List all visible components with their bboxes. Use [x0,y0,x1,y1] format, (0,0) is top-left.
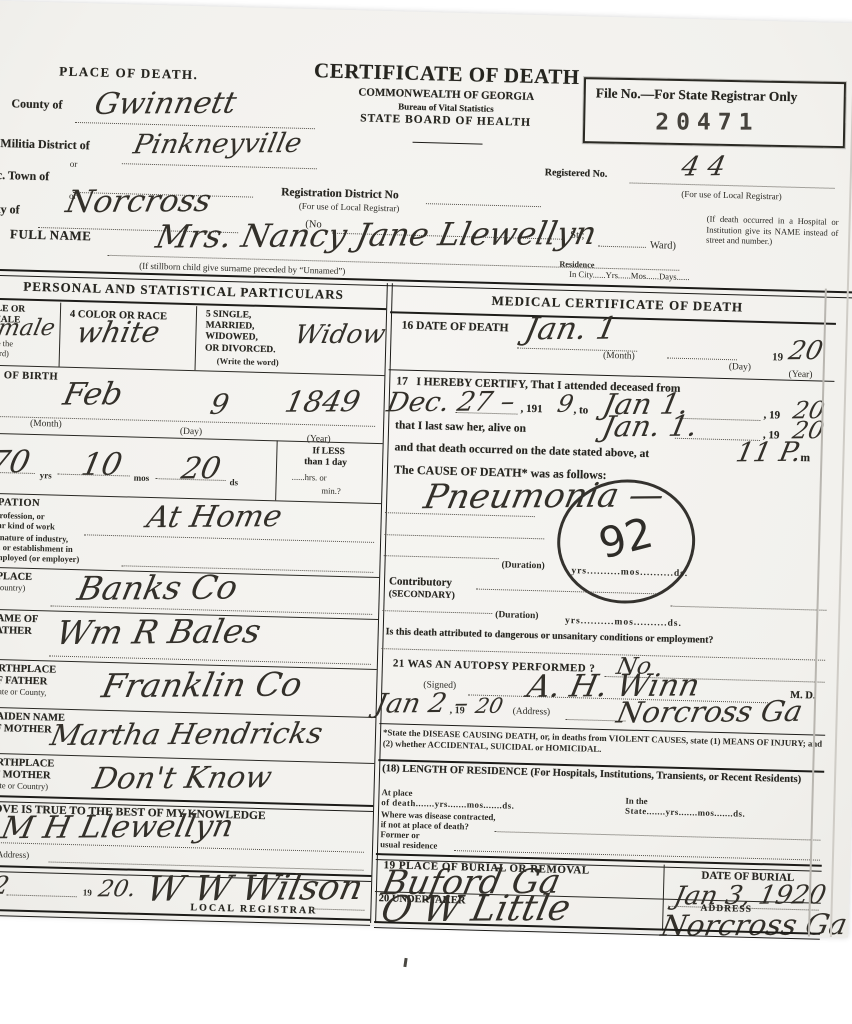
sex-value: Female [0,317,57,341]
dod-day-caption: (Day) [729,362,751,373]
dob-day-value: 9 [208,391,232,419]
mbp-label-line2: OF MOTHER [0,768,51,781]
circled-92-stamp: 92 [553,474,700,608]
city-label: City of [0,203,20,217]
last-saw-printed: that I last saw her, alive on [395,419,526,435]
dob-year-value: 1849 [282,387,362,416]
dotted-line [382,609,492,614]
mbp-label-line1: 13 BIRTHPLACE [0,756,54,769]
dotted-line [49,654,371,664]
mother-birthplace-label: 13 BIRTHPLACEOF MOTHER [0,756,54,782]
militia-district-label: Militia District of [0,137,90,153]
place-of-death-label: PLACE OF DEATH. [59,65,198,83]
marital-line4: OR DIVORCED. [205,343,276,355]
cell-border [59,303,62,367]
secondary-label: (SECONDARY) [389,589,455,601]
dotted-line [670,605,826,611]
birthplace-value: Banks Co [75,571,241,605]
dob-month-value: Feb [60,379,125,410]
registered-no-value: 4 4 [679,153,728,180]
dotted-line [384,554,499,559]
marital-line2: MARRIED, [206,321,255,332]
mother-maiden-value: Martha Hendricks [48,719,325,750]
mother-birthplace-value: Don't Know [90,763,274,794]
ds-label: ds [229,477,238,488]
mos-label: mos [134,473,150,484]
if-less-label: If LESS [312,446,345,457]
fbp-label-line1: 11 BIRTHPLACE [0,662,56,675]
ward-label: Ward) [650,240,676,253]
dotted-line [426,202,541,207]
duration1-label: (Duration) [501,560,545,572]
dotted-line [7,893,77,897]
fbp-label-line2: OF FATHER [0,674,47,687]
former-line2: usual residence [380,839,438,851]
occupation-value: At Home [144,502,284,533]
certificate-paper: PLACE OF DEATH. County of Gwinnett Milit… [0,1,852,938]
if-less-min: min.? [321,487,341,497]
sign-date-printed: , 19 [450,705,465,717]
death-occurred-printed: and that death occurred on the date stat… [394,441,649,461]
dotted-line [312,907,364,910]
marital-value: Widow [293,322,388,349]
sex-note-line2: word) [0,348,9,358]
to-year-printed: , 19 [763,409,780,422]
county-value: Gwinnett [92,89,239,120]
dotted-line [495,830,821,841]
occupation-b-line3: which employed (or employer) [0,552,79,565]
dotted-line [630,181,835,188]
death-hour-m: m [800,452,810,465]
dotted-line [84,533,374,543]
if-less-label2: than 1 day [304,457,347,469]
registration-district-note: (For use of Local Registrar) [299,201,400,214]
mmn-label-line2: OF MOTHER [0,722,52,735]
birthplace-note: (State or Country) [0,582,25,594]
divider [413,142,483,145]
dotted-line [122,162,317,169]
if-less-hrs: ......hrs. or [292,473,327,484]
sign-date-year: 20 [474,696,505,717]
informant-address-label: (Address) [0,849,29,860]
file-number-box: File No.—For State Registrar Only 20471 [583,77,846,148]
from-year-written: 9 [555,392,575,416]
scan-speck [403,958,407,967]
in-the-line1: In the [625,796,648,807]
militia-district-value: Pinkneyville [131,130,304,158]
date-of-death-label: 16 DATE OF DEATH [402,320,509,336]
residence-line: In City......Yrs......Mos......Days.....… [569,270,690,283]
day-caption: (Day) [180,427,202,438]
father-birthplace-label: 11 BIRTHPLACEOF FATHER [0,662,56,688]
father-name-label: 10 NAME OFFATHER [0,613,38,638]
father-name-value: Wm R Bales [54,615,264,650]
yrs-label: yrs [40,470,52,481]
marital-note: (Write the word) [217,357,279,368]
to-word: , to [573,404,588,417]
informant-signature: M H Llewellyn [0,811,236,844]
dod-year-printed: 19 [772,351,783,364]
registered-no-label: Registered No. [545,167,608,180]
paper-edge-line [830,23,852,937]
county-label: County of [11,97,62,112]
local-registrar-signature: W W Wilson [144,871,366,908]
registered-no-note: (For use of Local Registrar) [681,189,782,202]
death-hour-value: 11 P. [734,439,804,466]
cell-border [195,306,198,370]
dotted-line [598,245,646,248]
dod-year-written: 20 [786,338,825,364]
marital-label: 5 SINGLE,MARRIED,WIDOWED,OR DIVORCED. [205,309,277,356]
father-birthplace-note: (State or County, [0,687,47,698]
or-word: or [70,159,78,170]
mother-birthplace-note: (State or Country) [0,781,48,793]
full-name-label: FULL NAME [10,227,92,244]
father-birthplace-value: Franklin Co [99,668,305,703]
father-label-line1: 10 NAME OF [0,613,38,626]
in-the-line2: State.......yrs.......mos.......ds. [625,806,745,819]
marital-line3: WIDOWED, [205,332,258,343]
father-label-line2: FATHER [0,624,32,636]
dob-label: DATE OF BIRTH [0,369,58,383]
cell-border [275,440,278,500]
duration2-label: (Duration) [495,610,539,622]
month-caption: (Month) [30,419,62,431]
occupation-label: OCCUPATION [0,496,40,510]
hospital-note: (If death occurred in a Hospital or Inst… [706,213,839,249]
dotted-line [384,533,544,539]
full-name-value: Mrs. Nancy Jane Llewellyn [153,217,599,253]
race-value: white [74,318,162,348]
sex-note: (Write theword) [0,338,13,358]
from-year-printed: , 191 [520,403,542,416]
file-no-label: File No.—For State Registrar Only [596,85,836,105]
filed-year-printed: 19 [83,887,92,898]
dod-month-caption: (Month) [603,351,635,363]
dotted-line [667,357,737,361]
inc-town-label: Inc. Town of [0,169,49,184]
file-no-stamp: 20471 [655,109,759,136]
city-value: Norcross [63,186,214,218]
filed-year-written: 20. [96,878,138,901]
contributory-label: Contributory [389,575,452,589]
date-of-death-value: Jan. 1 [522,314,619,346]
scanned-death-certificate-page: { "header": { "place_of_death_label": "P… [0,0,852,1024]
marital-line1: 5 SINGLE, [206,309,252,320]
sign-address-value: Norcross Ga [614,697,805,727]
sex-label-line1: MALE OR [0,304,25,315]
sex-note-line1: (Write the [0,338,13,348]
occupation-a-line2: particular kind of work [0,520,55,532]
sign-address-label: (Address) [513,707,551,719]
year-caption: (Year) [307,434,331,446]
